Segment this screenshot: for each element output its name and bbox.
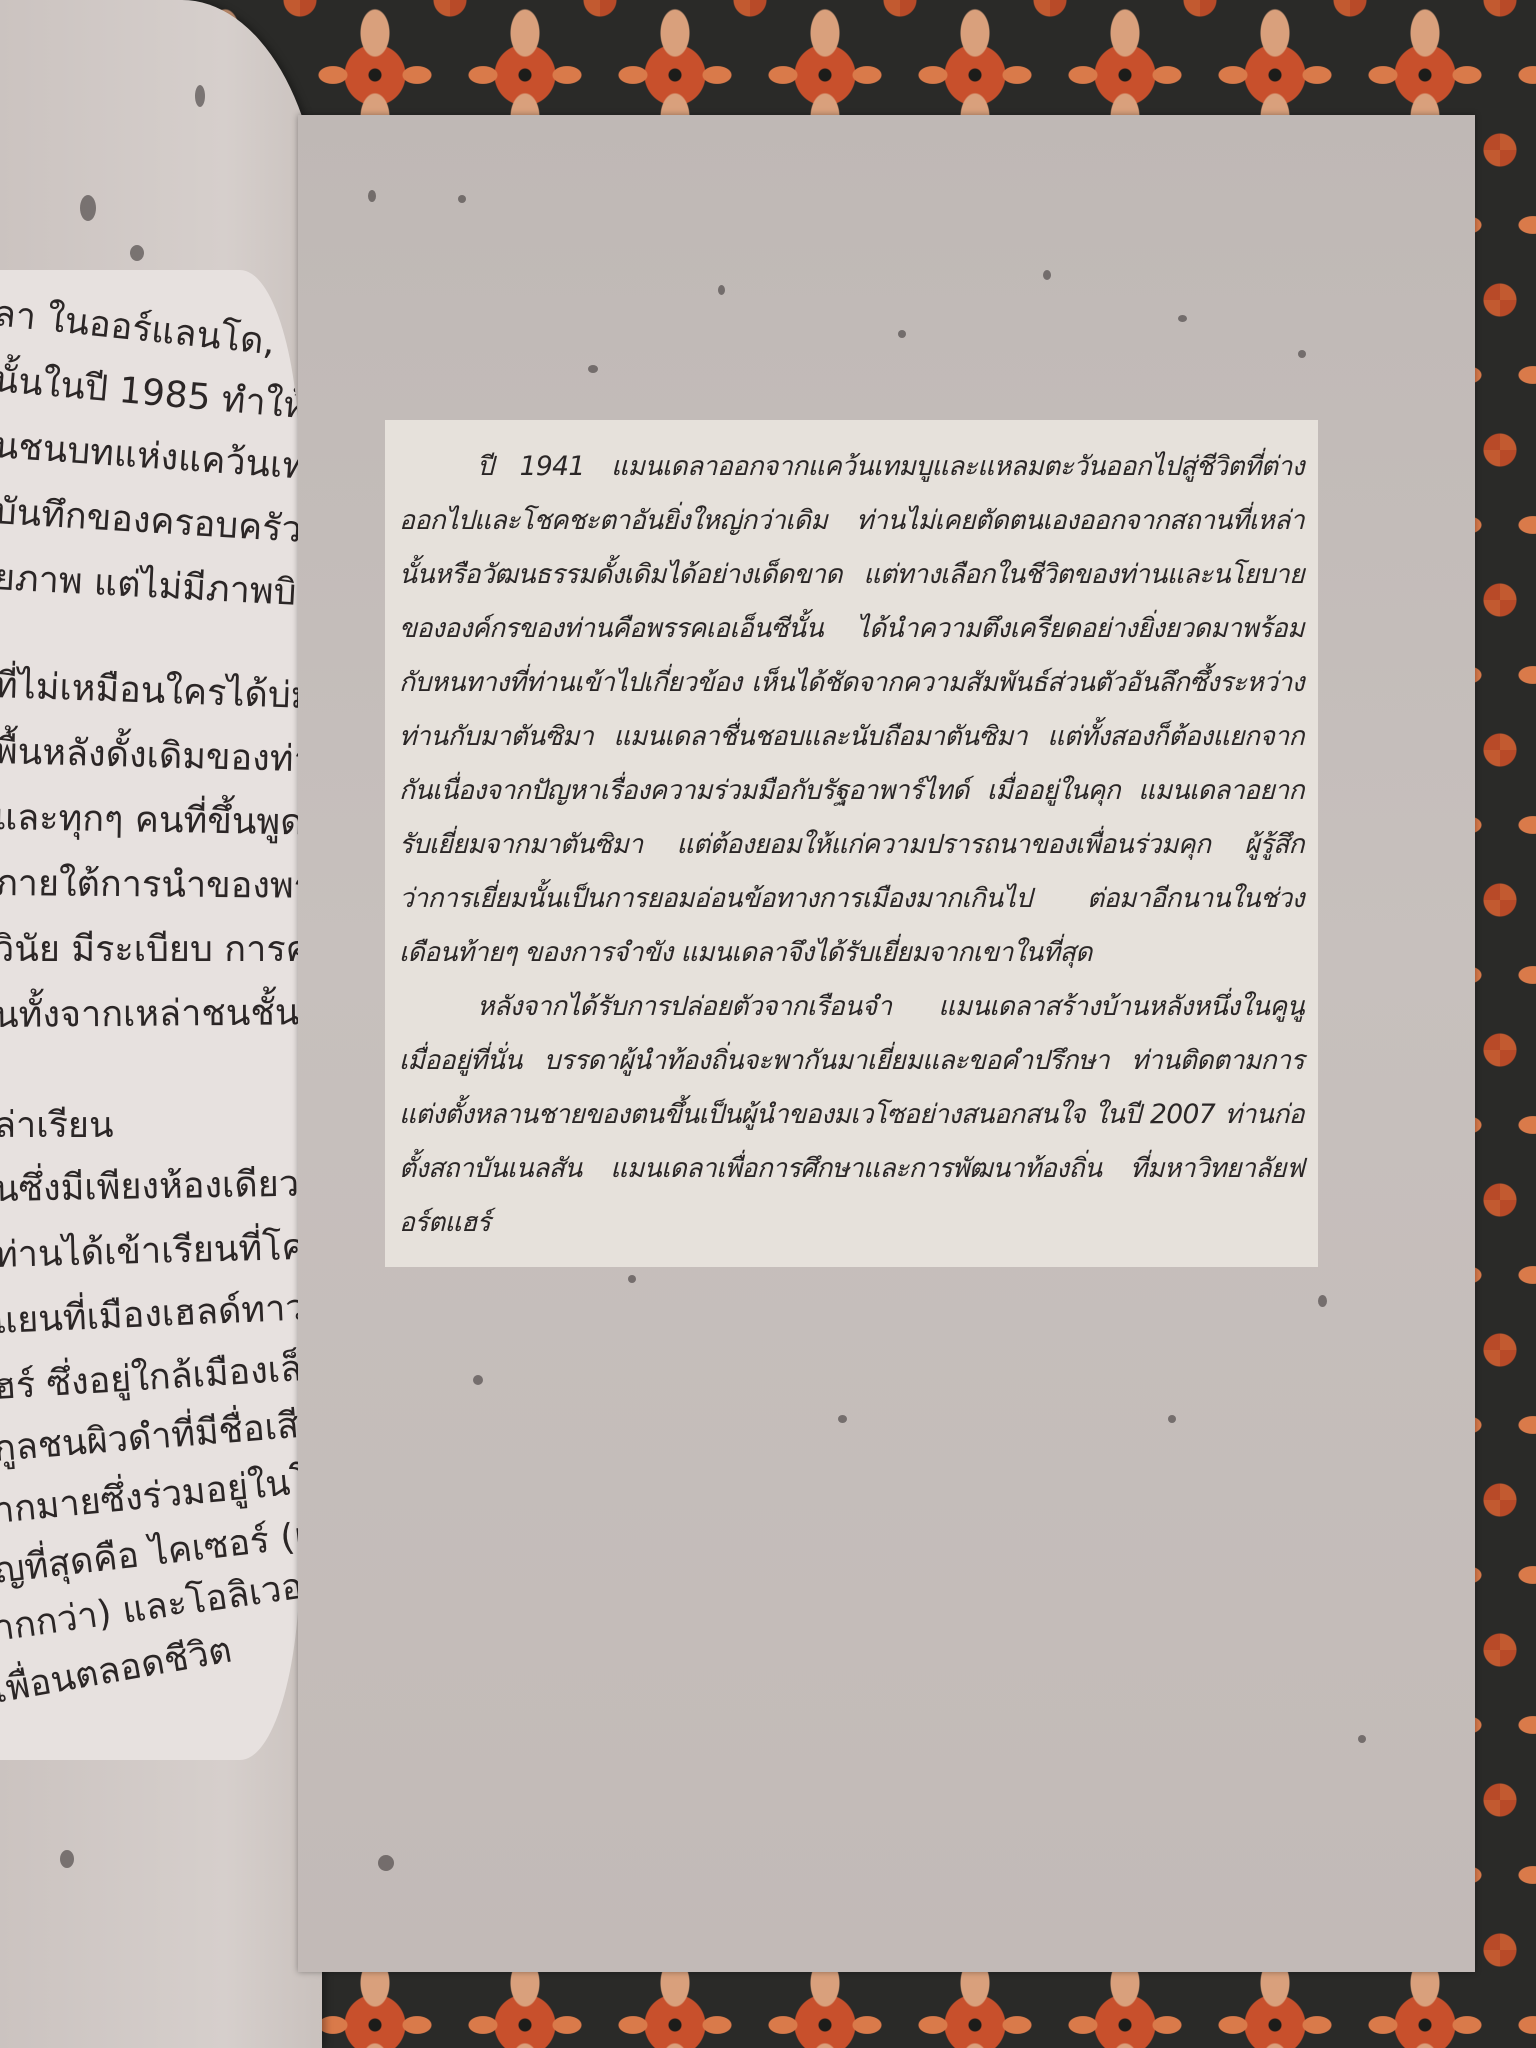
ink-speck — [1358, 1735, 1366, 1743]
text-box: ปี 1941 แมนเดลาออกจากแคว้นเทมบูและแหลมตะ… — [385, 420, 1318, 1267]
ink-speck — [60, 1850, 74, 1868]
left-text-line: ล่าเรียน — [0, 1096, 114, 1153]
ink-speck — [130, 245, 144, 261]
paragraph-1: ปี 1941 แมนเดลาออกจากแคว้นเทมบูและแหลมตะ… — [399, 440, 1304, 980]
ink-speck — [368, 190, 376, 202]
left-text-line: ยภาพ แต่ไม่มีภาพบิดาขอ — [0, 548, 300, 625]
left-page-text-block: ลา ในออร์แลนโด, โซเว นั้นในปี 1985 ทำให้… — [0, 270, 300, 1760]
ink-speck — [1318, 1295, 1327, 1307]
left-text-line: วินัย มีระเบียบ การควบคุ — [0, 920, 300, 977]
paragraph-2: หลังจากได้รับการปล่อยตัวจากเรือนจำ แมนเด… — [399, 980, 1304, 1250]
right-page: ปี 1941 แมนเดลาออกจากแคว้นเทมบูและแหลมตะ… — [298, 115, 1475, 1972]
left-text-line: นทั้งจากเหล่าชนชั้นนำที่ — [0, 983, 300, 1043]
left-text-line: นซึ่งมีเพียงห้องเดียวที่เม — [0, 1154, 300, 1217]
ink-speck — [628, 1275, 636, 1283]
ink-speck — [1178, 315, 1187, 322]
paragraph-2-text: หลังจากได้รับการปล่อยตัวจากเรือนจำ แมนเด… — [399, 991, 1304, 1238]
ink-speck — [1298, 350, 1306, 358]
left-page: ลา ในออร์แลนโด, โซเว นั้นในปี 1985 ทำให้… — [0, 0, 322, 2048]
ink-speck — [1168, 1415, 1176, 1423]
ink-speck — [588, 365, 598, 373]
ink-speck — [838, 1415, 847, 1423]
paragraph-1-text: ปี 1941 แมนเดลาออกจากแคว้นเทมบูและแหลมตะ… — [399, 451, 1304, 968]
ink-speck — [898, 330, 906, 338]
left-text-line: ที่ไม่เหมือนใครได้บ่มเพา — [0, 656, 300, 726]
ink-speck — [718, 285, 725, 295]
ink-speck — [195, 85, 205, 107]
left-text-line: ท่านได้เข้าเรียนที่โควโคลเ — [0, 1215, 300, 1283]
ink-speck — [80, 195, 96, 221]
ink-speck — [378, 1855, 394, 1871]
left-text-line: ภายใต้การนำของพระราช — [0, 854, 300, 915]
left-text-line: และทุกๆ คนที่ขึ้นพูดในกา — [0, 788, 300, 852]
left-text-line: พื้นหลังดั้งเดิมของท่านไ — [0, 722, 300, 788]
ink-speck — [473, 1375, 483, 1385]
ink-speck — [458, 195, 466, 203]
ink-speck — [1043, 270, 1051, 280]
left-text-line: แยนที่เมืองเฮลด์ทาวน์ ท่ — [0, 1276, 300, 1349]
